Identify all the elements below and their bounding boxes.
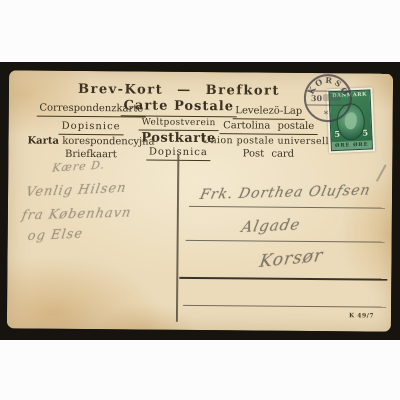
address-line-3 xyxy=(179,277,387,281)
postmark-star: * xyxy=(324,110,329,120)
address-recipient-handwriting: Frk. Dorthea Olufsen xyxy=(198,182,372,203)
photo-background: Brev-Kort — Brefkort Correspondenzkarte … xyxy=(0,62,400,340)
postcard: Brev-Kort — Brefkort Correspondenzkarte … xyxy=(7,70,393,331)
stamp-value-right: 5 xyxy=(360,127,370,137)
page-background: { "photo": { "frame_color": "#17130e", "… xyxy=(0,0,400,400)
address-line-4 xyxy=(183,305,386,308)
message-handwriting-origin: fra København xyxy=(20,205,132,223)
stamp-currency-label: ØRE ØRE xyxy=(332,140,372,150)
address-line-2 xyxy=(186,240,385,243)
message-handwriting-greeting: Venlig Hilsen xyxy=(25,181,128,201)
address-city-handwriting: Korsør xyxy=(258,246,324,272)
postcard-header: Brev-Kort — Brefkort Correspondenzkarte … xyxy=(8,70,349,165)
postmark-cancel: KORSØR 30 * xyxy=(301,71,355,125)
header-label-post-card: Post card xyxy=(183,147,353,161)
pencil-stroke xyxy=(376,164,387,182)
postmark-date-smudge xyxy=(323,94,341,101)
stamp-value-left: 5 xyxy=(332,129,342,139)
address-street-handwriting: Algade xyxy=(240,215,302,236)
message-handwriting-signature: og Else xyxy=(27,226,84,244)
printer-mark: K 49/7 xyxy=(349,312,374,319)
postmark-date: 30 xyxy=(311,93,323,103)
address-line-1 xyxy=(189,206,385,209)
message-handwriting-salutation: Kære D. xyxy=(52,158,106,174)
center-divider-line xyxy=(176,154,179,322)
